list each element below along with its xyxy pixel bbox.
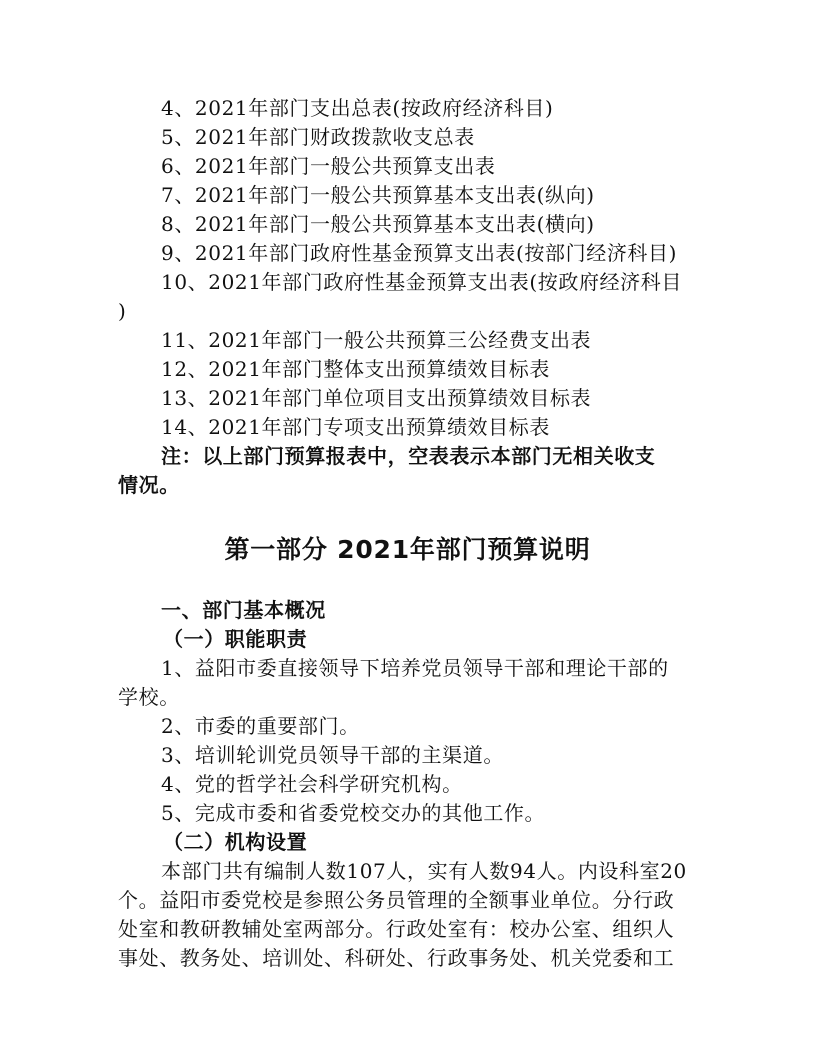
paragraph-line: 处室和教研教辅处室两部分。行政处室有：校办公室、组织人 [118, 915, 698, 943]
paragraph-line: 2、市委的重要部门。 [161, 712, 741, 740]
toc-item: 10、2021年部门政府性基金预算支出表(按政府经济科目 [161, 268, 741, 296]
paragraph-line: 5、完成市委和省委党校交办的其他工作。 [161, 799, 741, 827]
toc-item: 13、2021年部门单位项目支出预算绩效目标表 [161, 384, 741, 412]
toc-note-continuation: 情况。 [118, 471, 698, 499]
toc-item: 7、2021年部门一般公共预算基本支出表(纵向) [161, 181, 741, 209]
subsection-heading: （二）机构设置 [163, 828, 743, 856]
toc-item-continuation: ) [118, 297, 698, 325]
toc-item: 6、2021年部门一般公共预算支出表 [161, 152, 741, 180]
paragraph-line: 1、益阳市委直接领导下培养党员领导干部和理论干部的 [161, 654, 741, 682]
paragraph-line: 本部门共有编制人数107人，实有人数94人。内设科室20 [161, 857, 741, 885]
document-page: 4、2021年部门支出总表(按政府经济科目) 5、2021年部门财政拨款收支总表… [0, 0, 815, 1055]
paragraph-line: 事处、教务处、培训处、科研处、行政事务处、机关党委和工 [118, 944, 698, 972]
paragraph-line: 3、培训轮训党员领导干部的主渠道。 [161, 741, 741, 769]
paragraph-line: 学校。 [118, 683, 698, 711]
toc-item: 9、2021年部门政府性基金预算支出表(按部门经济科目) [161, 239, 741, 267]
toc-item: 8、2021年部门一般公共预算基本支出表(横向) [161, 210, 741, 238]
part-title: 第一部分 2021年部门预算说明 [0, 533, 815, 567]
toc-item: 5、2021年部门财政拨款收支总表 [161, 123, 741, 151]
toc-item: 4、2021年部门支出总表(按政府经济科目) [161, 94, 741, 122]
paragraph-line: 个。益阳市委党校是参照公务员管理的全额事业单位。分行政 [118, 886, 698, 914]
toc-item: 11、2021年部门一般公共预算三公经费支出表 [161, 326, 741, 354]
section-heading: 一、部门基本概况 [161, 596, 741, 624]
toc-note: 注：以上部门预算报表中，空表表示本部门无相关收支 [161, 442, 741, 470]
toc-item: 14、2021年部门专项支出预算绩效目标表 [161, 413, 741, 441]
paragraph-line: 4、党的哲学社会科学研究机构。 [161, 770, 741, 798]
toc-item: 12、2021年部门整体支出预算绩效目标表 [161, 355, 741, 383]
subsection-heading: （一）职能职责 [163, 625, 743, 653]
